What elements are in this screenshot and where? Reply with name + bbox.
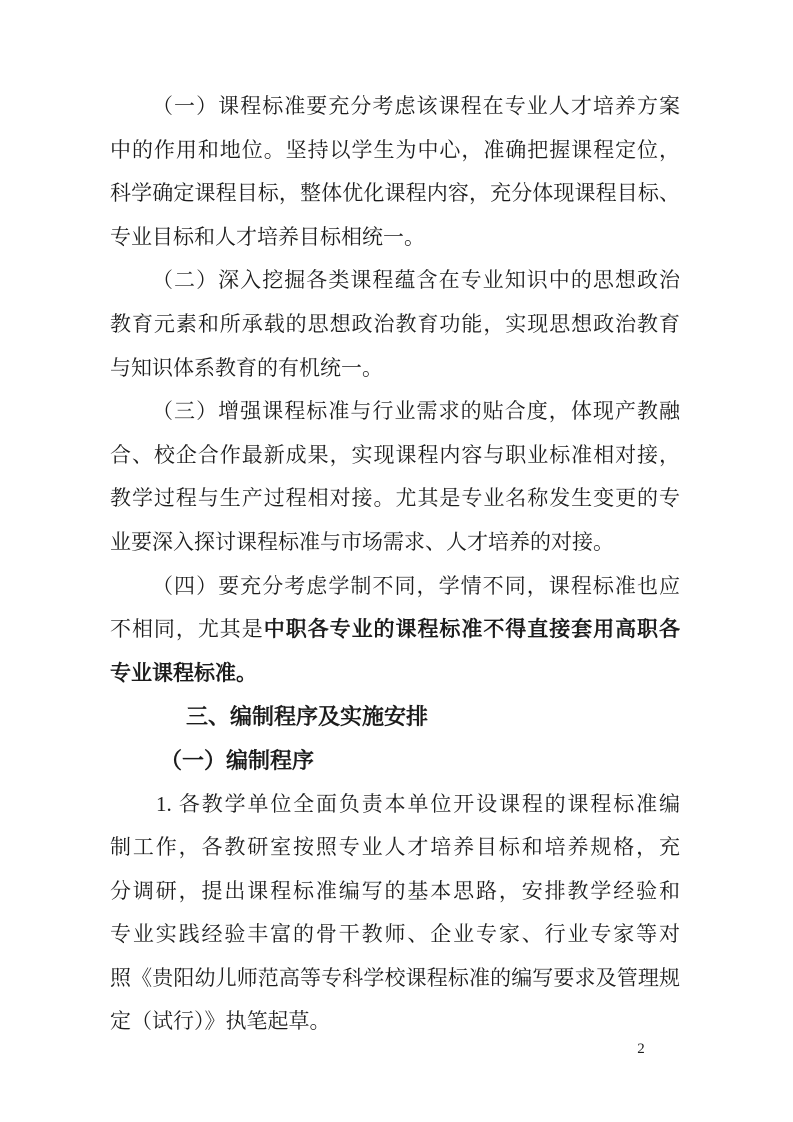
para-5-line-4: 专业实践经验丰富的骨干教师、企业专家、行业专家等对 [110,913,680,957]
para-4-line-2: 不相同，尤其是中职各专业的课程标准不得直接套用高职各 [110,608,680,652]
para-1-line-1: （一）课程标准要充分考虑该课程在专业人才培养方案 [110,85,680,129]
para-1-line-2: 中的作用和地位。坚持以学生为中心，准确把握课程定位， [110,129,680,173]
page-number: 2 [631,1040,651,1058]
document-content: （一）课程标准要充分考虑该课程在专业人才培养方案 中的作用和地位。坚持以学生为中… [110,85,680,1044]
para-4-line-1: （四）要充分考虑学制不同，学情不同，课程标准也应 [110,565,680,609]
para-5-line-3: 分调研，提出课程标准编写的基本思路，安排教学经验和 [110,870,680,914]
heading-level-1: 三、编制程序及实施安排 [110,695,680,739]
para-1-line-4: 专业目标和人才培养目标相统一。 [110,216,680,260]
para-2-line-2: 教育元素和所承载的思想政治教育功能，实现思想政治教育 [110,303,680,347]
para-5-line-5: 照《贵阳幼儿师范高等专科学校课程标准的编写要求及管理规 [110,957,680,1001]
para-4-line-2-bold: 中职各专业的课程标准不得直接套用高职各 [264,617,680,641]
para-3-line-4: 业要深入探讨课程标准与市场需求、人才培养的对接。 [110,521,680,565]
para-5-line-2: 制工作，各教研室按照专业人才培养目标和培养规格，充 [110,826,680,870]
document-page: （一）课程标准要充分考虑该课程在专业人才培养方案 中的作用和地位。坚持以学生为中… [0,0,793,1122]
para-2-line-1: （二）深入挖掘各类课程蕴含在专业知识中的思想政治 [110,259,680,303]
para-3-line-3: 教学过程与生产过程相对接。尤其是专业名称发生变更的专 [110,477,680,521]
para-3-line-1: （三）增强课程标准与行业需求的贴合度，体现产教融 [110,390,680,434]
para-3-line-2: 合、校企合作最新成果，实现课程内容与职业标准相对接， [110,434,680,478]
para-4-line-3: 专业课程标准。 [110,652,680,696]
para-1-line-3: 科学确定课程目标，整体优化课程内容，充分体现课程目标、 [110,172,680,216]
para-5-line-6: 定（试行）》执笔起草。 [110,1000,680,1044]
para-5-line-1: 1. 各教学单位全面负责本单位开设课程的课程标准编 [110,783,680,827]
para-2-line-3: 与知识体系教育的有机统一。 [110,347,680,391]
para-4-line-2-normal: 不相同，尤其是 [110,617,264,641]
para-4-line-3-bold: 专业课程标准。 [110,661,257,685]
heading-level-2: （一）编制程序 [110,739,680,783]
